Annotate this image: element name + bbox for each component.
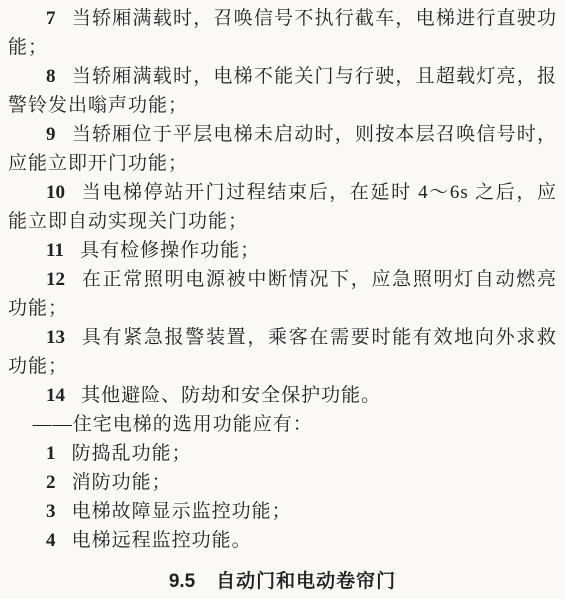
item-text: 当轿厢满载时，电梯不能关门与行驶，且超载灯亮，报警铃发出嗡声功能； [8,66,557,116]
list-item-9: 9当轿厢位于平层电梯未启动时，则按本层召唤信号时，应能立即开门功能； [8,120,557,178]
sub-item-3: 3电梯故障显示监控功能； [8,497,557,526]
item-text: 电梯故障显示监控功能； [72,501,292,522]
item-text: 消防功能； [72,472,172,493]
sub-item-1: 1防捣乱功能； [8,439,557,468]
list-item-8: 8当轿厢满载时，电梯不能关门与行驶，且超载灯亮，报警铃发出嗡声功能； [8,62,557,120]
section-heading: 9.5自动门和电动卷帘门 [8,567,557,596]
sub-item-4: 4电梯远程监控功能。 [8,526,557,555]
item-text: 在正常照明电源被中断情况下，应急照明灯自动燃亮功能； [8,269,557,319]
section-number: 9.5 [169,571,216,592]
item-number: 10 [46,182,81,203]
item-number: 4 [46,530,72,551]
item-text: 具有检修操作功能； [80,240,260,261]
item-number: 14 [46,385,81,406]
item-text: 电梯远程监控功能。 [72,530,252,551]
item-text: 其他避险、防劫和安全保护功能。 [81,385,381,406]
item-text: 当电梯停站开门过程结束后，在延时 4～6s 之后，应能立即自动实现关门功能； [8,182,557,232]
item-number: 11 [46,240,80,261]
list-item-7: 7当轿厢满载时，召唤信号不执行截车，电梯进行直驶功能； [8,4,557,62]
item-text: 当轿厢满载时，召唤信号不执行截车，电梯进行直驶功能； [8,8,557,58]
sub-item-2: 2消防功能； [8,468,557,497]
item-number: 9 [46,124,72,145]
item-number: 1 [46,443,72,464]
item-number: 7 [46,8,72,29]
item-number: 12 [46,269,81,290]
item-text: 当轿厢位于平层电梯未启动时，则按本层召唤信号时，应能立即开门功能； [8,124,557,174]
list-item-13: 13具有紧急报警装置，乘客在需要时能有效地向外求救功能； [8,323,557,381]
dash-lead-line: ——住宅电梯的选用功能应有： [8,410,557,439]
item-number: 13 [46,327,81,348]
list-item-14: 14其他避险、防劫和安全保护功能。 [8,381,557,410]
dash-line-text: ——住宅电梯的选用功能应有： [33,414,313,435]
list-item-12: 12在正常照明电源被中断情况下，应急照明灯自动燃亮功能； [8,265,557,323]
section-title: 自动门和电动卷帘门 [216,571,396,592]
item-text: 具有紧急报警装置，乘客在需要时能有效地向外求救功能； [8,327,557,377]
list-item-11: 11具有检修操作功能； [8,236,557,265]
item-number: 2 [46,472,72,493]
item-number: 8 [46,66,72,87]
item-text: 防捣乱功能； [72,443,192,464]
list-item-10: 10当电梯停站开门过程结束后，在延时 4～6s 之后，应能立即自动实现关门功能； [8,178,557,236]
item-number: 3 [46,501,72,522]
document-page: 7当轿厢满载时，召唤信号不执行截车，电梯进行直驶功能； 8当轿厢满载时，电梯不能… [0,0,565,599]
